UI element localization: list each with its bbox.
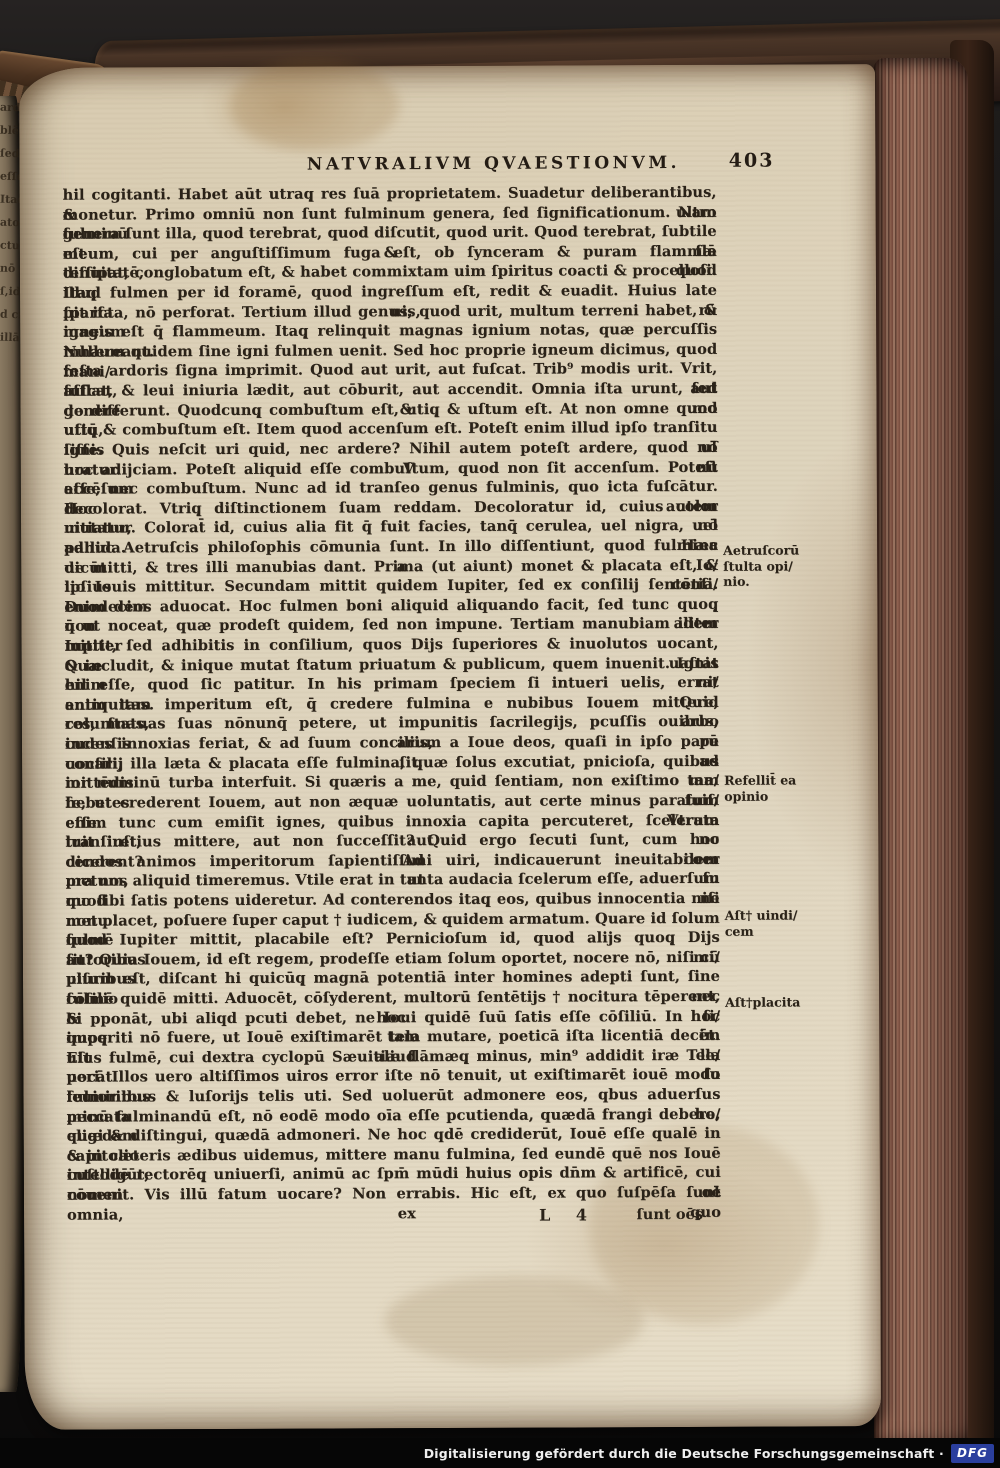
margin-note-line: nio.	[723, 573, 841, 589]
body-text-line: quod Iupiter mittit, placabile eſt? Pern…	[66, 928, 720, 950]
body-text-line: ior numinū turba interfuit. Si quæris a …	[65, 771, 719, 793]
page-header: NATVRALIVM QVAESTIONVM. 403	[62, 151, 774, 178]
page-number: 403	[729, 149, 775, 173]
digitization-credit-text: Digitalisierung gefördert durch die Deut…	[424, 1446, 944, 1461]
body-text-line: magis eſt q̄ flammeum. Itaq̨ relinquit m…	[63, 320, 717, 342]
body-text-line: genera ſunt illa, quod terebrat, quod di…	[63, 222, 717, 244]
body-text-line: fulminibus & luſorijs telis uti. Sed uol…	[66, 1085, 720, 1107]
book-page-recto: NATVRALIVM QVAESTIONVM. 403 hil cogitant…	[19, 64, 881, 1430]
body-text-line: cudes innoxias feriat, & ad ſuum concili…	[65, 732, 719, 754]
body-text-line: afflat, & leui iniuria lædit, aut cōburi…	[63, 379, 717, 401]
margin-note-line: opinio	[724, 788, 842, 804]
catchword: ſunt oēs	[636, 1203, 703, 1227]
body-text-line: imperiti nō fuere, ut Iouē exiſtimarēt t…	[66, 1026, 720, 1048]
margin-note-line: cem	[725, 923, 843, 939]
book-fore-edge-pages	[874, 58, 968, 1450]
digitization-credit-bar: Digitalisierung gefördert durch die Deut…	[0, 1438, 1000, 1468]
running-title: NATVRALIVM QVAESTIONVM.	[62, 151, 774, 178]
margin-note: Aſt† uindi/cem	[725, 907, 843, 939]
body-text-line: hil cogitanti. Habet aūt utraq̨ res ſuā …	[63, 183, 717, 205]
body-text-line: ſe, ut crederent Iouem, aut non æquæ uol…	[65, 791, 719, 813]
signature-mark: L 4	[539, 1203, 597, 1227]
signature-line: L 4 ſunt oēs	[67, 1203, 721, 1230]
body-text-line: utiq̨ & combuſtum eſt. Item quod accenſu…	[64, 418, 718, 440]
margin-note-line: Refellit̄ ea	[724, 772, 842, 788]
dfg-logo: DFG	[951, 1444, 994, 1463]
body-text-line: mittit, ſed adhibitis in conſilium, quos…	[65, 634, 719, 656]
margin-note-line: Aetruſcorū	[723, 542, 841, 558]
body-text-line: mo ſibi ſatis potens uideretur. Ad conte…	[66, 889, 720, 911]
margin-note-line: ſtulta opi/	[723, 558, 841, 574]
body-text-line: ſiſſe. Quis neſcit uri quid, nec ardere?…	[64, 438, 718, 460]
body-text-line: illud fulmen per id foramē, quod ingreſſ…	[63, 281, 717, 303]
body-text: hil cogitanti. Habet aūt utraq̨ res ſuā …	[63, 183, 721, 1206]
body-text-line: hil eſſe, quod ſic patitur. In his prima…	[65, 673, 719, 695]
margin-note: Aetruſcorūſtulta opi/nio.	[723, 542, 841, 589]
body-text-line: cōuenit. Vis illū fatum uocare? Non erra…	[67, 1183, 721, 1205]
scanned-book-page: ardblētſedeſſeItaqator,ctusnōſ,idd crill…	[0, 0, 1000, 1468]
margin-note-line: Aſt†placita	[725, 994, 843, 1010]
margin-note: Refellit̄ eaopinio	[724, 772, 842, 804]
body-text-line: luit iuſtius mittere, aut non ſucceſſit?…	[65, 830, 719, 852]
margin-note: Aſt†placita	[725, 994, 843, 1010]
body-text-line: fulmē quidē mitti. Aduocēt, cōſyderent, …	[66, 987, 720, 1009]
body-text-line: lio Iouis mittitur. Secundam mittit quid…	[64, 575, 718, 597]
paper-stain	[229, 60, 399, 151]
body-text-line: adhuc Aetruſcis philoſophis cōmunia ſunt…	[64, 536, 718, 558]
body-text-line: eſſe, nec combuſtum. Nunc ad id tranſeo …	[64, 477, 718, 499]
body-text-line: eligi & diſtingui, quædā admoneri. Ne ho…	[67, 1124, 721, 1146]
margin-note-line: Aſt† uindi/	[725, 907, 843, 923]
paper-stain	[384, 1275, 644, 1366]
